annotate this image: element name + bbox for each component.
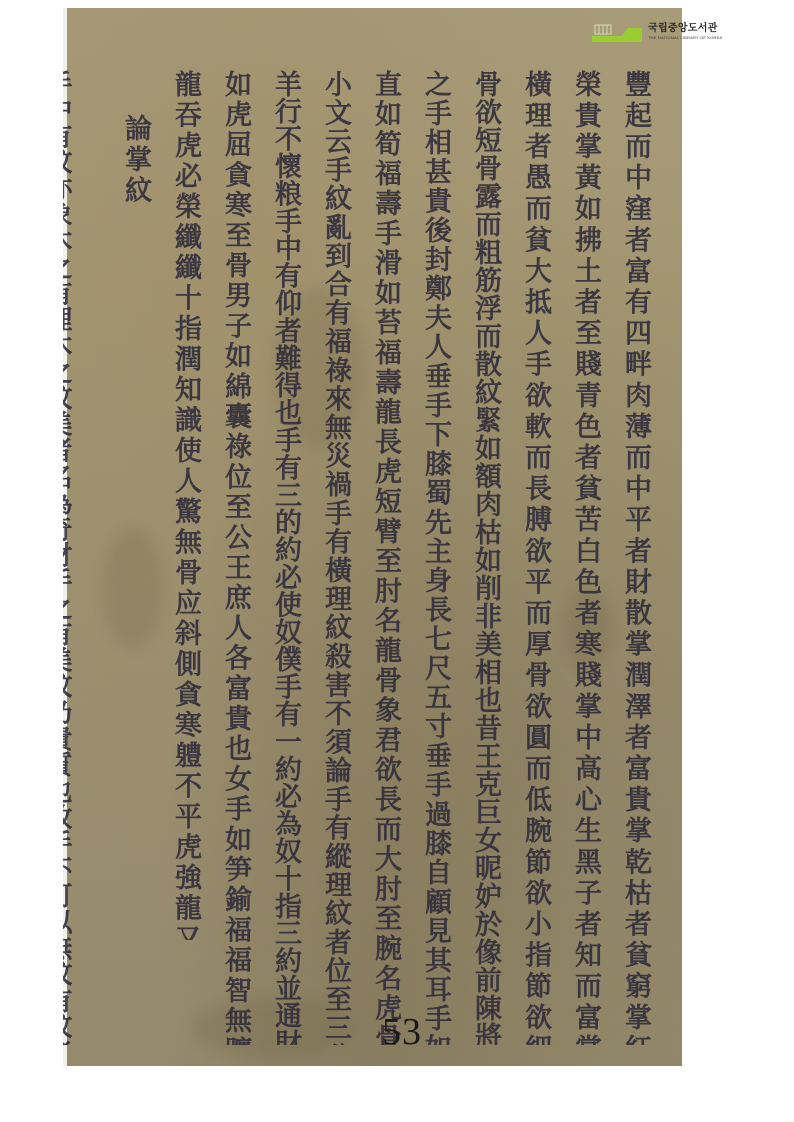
library-emblem-icon bbox=[592, 22, 642, 42]
text-column-10: 龍吞虎必榮纖纖十指潤知識使人驚無骨应斜側貪寒軆不平虎強龍又弱尤自望榮昌 bbox=[160, 70, 210, 940]
text-column-2: 榮貴掌黃如拂土者至賤青色者貧苦白色者寒賤掌中高心生黑子者知而富掌中四畔生 bbox=[560, 70, 610, 1045]
document-page: 豐起而中窪者富有四畔肉薄而中平者財散掌潤澤者富貴掌乾枯者貧窮掌紅如噀血者 榮貴掌… bbox=[0, 0, 794, 1122]
library-name-korean: 국립중앙도서관 bbox=[648, 24, 722, 34]
blank-column bbox=[82, 70, 110, 1045]
text-column-13: 手中有紋亦象木之有理木之紋美者名為奇材手之有美紋乃貴質也故手不可以無紋有紋者上相 bbox=[63, 70, 82, 1045]
page-number: 53 bbox=[382, 1010, 422, 1054]
library-name-english: THE NATIONAL LIBRARY OF KOREA bbox=[648, 36, 722, 40]
text-column-3: 橫理者愚而貧大抵人手欲軟而長膊欲平而厚骨欲圓而低腕節欲小指節欲細龍骨欲長虎 bbox=[510, 70, 560, 1045]
text-column-8: 羊行不懷粮手中有仰者難得也手有三的約必使奴僕手有一約必為奴十指三約並通財食無窮手 bbox=[260, 70, 310, 1045]
text-column-9: 如虎屈貪寒至骨男子如綿囊祿位至公王庶人各富貴也女手如笋鍮福福智無躔手骨散橫賤 bbox=[210, 70, 260, 1045]
library-logo: 국립중앙도서관 THE NATIONAL LIBRARY OF KOREA bbox=[592, 22, 722, 42]
text-column-4: 骨欲短骨露而粗筋浮而散紋緊如額肉枯如削非美相也昔王克巨女昵妒於像前陳將觀其捧妒 bbox=[460, 70, 510, 1045]
scanned-manuscript-page: 豐起而中窪者富有四畔肉薄而中平者財散掌潤澤者富貴掌乾枯者貧窮掌紅如噀血者 榮貴掌… bbox=[63, 8, 682, 1066]
text-column-1: 豐起而中窪者富有四畔肉薄而中平者財散掌潤澤者富貴掌乾枯者貧窮掌紅如噀血者 bbox=[610, 70, 660, 1045]
section-heading: 論掌紋 bbox=[110, 70, 160, 1045]
text-column-6: 直如筍福壽手滑如苔福壽龍長虎短臂至肘名龍骨象君欲長而大肘至腕名虎骨象臣欲短而 bbox=[360, 70, 410, 1045]
text-column-5: 之手相甚貴後封鄭夫人垂手下膝蜀先主身長七尺五寸垂手過膝自顧見其耳手如白玉者貴手 bbox=[410, 70, 460, 1045]
text-column-7: 小文云手紋亂到合有福祿來無災禍手有橫理紋殺害不須論手有縱理紋者位至三公相手有仰 bbox=[310, 70, 360, 1045]
text-columns: 豐起而中窪者富有四畔肉薄而中平者財散掌潤澤者富貴掌乾枯者貧窮掌紅如噀血者 榮貴掌… bbox=[63, 70, 660, 1045]
